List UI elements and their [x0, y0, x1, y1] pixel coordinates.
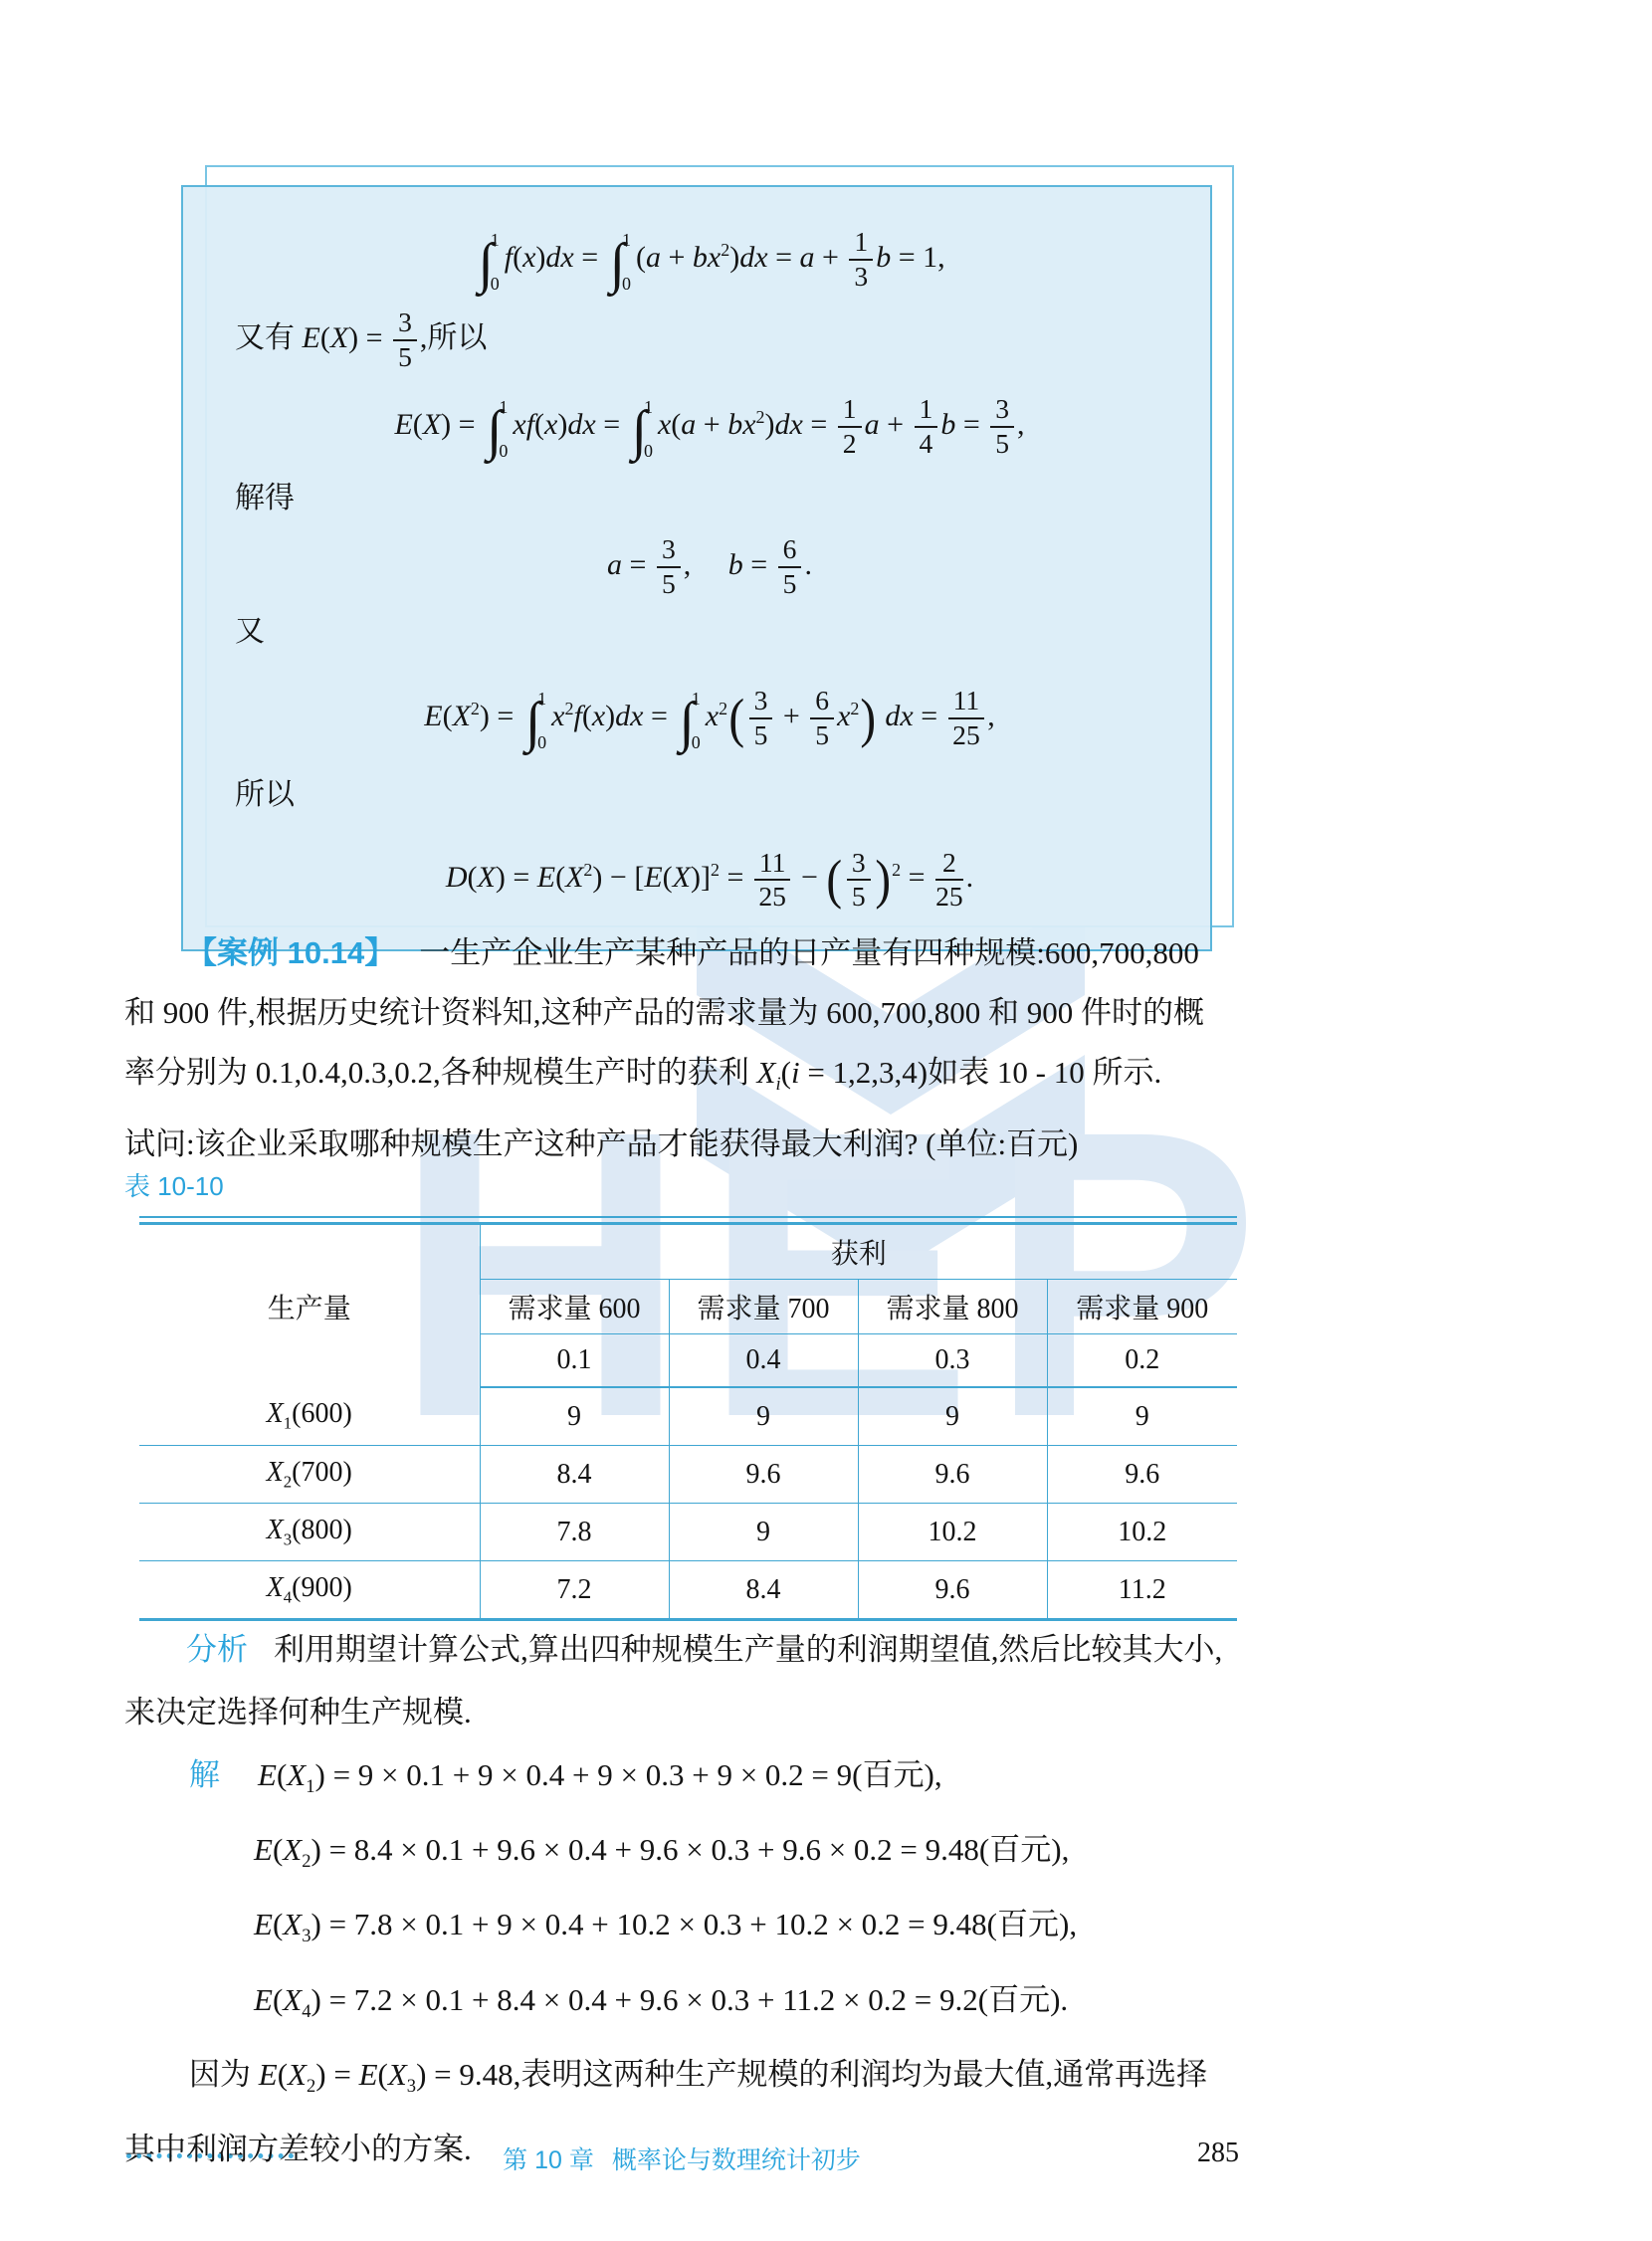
- col-header-demand-900: 需求量 900: [1047, 1280, 1237, 1334]
- label-you: 又: [235, 603, 1184, 661]
- table-row-x3: X3(800) 7.8 9 10.2 10.2: [139, 1504, 1237, 1561]
- formula-second-moment: E(X2) = ∫10x2f(x)dx = ∫10x2(35 + 65x2) d…: [235, 661, 1184, 766]
- cell-x2-600: 8.4: [480, 1446, 669, 1504]
- case-line-2: 和 900 件,根据历史统计资料知,这种产品的需求量为 600,700,800 …: [124, 983, 1239, 1043]
- cell-x3-700: 9: [669, 1504, 858, 1561]
- cell-x4-900: 11.2: [1047, 1561, 1237, 1619]
- conclusion-line-1: 因为 E(X2) = E(X3) = 9.48,表明这两种生产规模的利润均为最大…: [124, 2043, 1239, 2118]
- case-line-4: 试问:该企业采取哪种规模生产这种产品才能获得最大利润? (单位:百元): [124, 1115, 1239, 1174]
- col-header-demand-700: 需求量 700: [669, 1280, 858, 1334]
- cell-x4-800: 9.6: [858, 1561, 1047, 1619]
- table-row-x4: X4(900) 7.2 8.4 9.6 11.2: [139, 1561, 1237, 1619]
- analysis-label: 分析: [186, 1632, 248, 1667]
- prob-700: 0.4: [669, 1334, 858, 1388]
- cell-x3-800: 10.2: [858, 1504, 1047, 1561]
- derivation-box-stack: ∫10f(x)dx = ∫10(a + bx2)dx = a + 13b = 1…: [181, 185, 1212, 951]
- cell-x1-700: 9: [669, 1387, 858, 1446]
- solution-line-1: 解E(X1) = 9 × 0.1 + 9 × 0.4 + 9 × 0.3 + 9…: [124, 1743, 1239, 1818]
- col-header-demand-800: 需求量 800: [858, 1280, 1047, 1334]
- table-top-rule: [139, 1216, 1237, 1218]
- prob-600: 0.1: [480, 1334, 669, 1388]
- cell-x4-600: 7.2: [480, 1561, 669, 1619]
- corner-header: 生产量: [139, 1225, 480, 1387]
- analysis-line-1: 分析利用期望计算公式,算出四种规模生产量的利润期望值,然后比较其大小,: [124, 1618, 1239, 1681]
- analysis-line-1-text: 利用期望计算公式,算出四种规模生产量的利润期望值,然后比较其大小,: [274, 1632, 1222, 1667]
- prob-900: 0.2: [1047, 1334, 1237, 1388]
- cell-x1-600: 9: [480, 1387, 669, 1446]
- case-line-3: 率分别为 0.1,0.4,0.3,0.2,各种规模生产时的获利 Xi(i = 1…: [124, 1043, 1239, 1115]
- table-row-x2: X2(700) 8.4 9.6 9.6 9.6: [139, 1446, 1237, 1504]
- cell-x1-900: 9: [1047, 1387, 1237, 1446]
- formula-ab-solution: a = 35, b = 65.: [235, 527, 1184, 603]
- case-line-1-text: 一生产企业生产某种产品的日产量有四种规模:600,700,800: [419, 935, 1199, 970]
- cell-x4-700: 8.4: [669, 1561, 858, 1619]
- cell-x3-900: 10.2: [1047, 1504, 1237, 1561]
- label-suoyi: 所以: [235, 766, 1184, 824]
- cell-x2-800: 9.6: [858, 1446, 1047, 1504]
- row-label-x3: X3(800): [139, 1504, 480, 1561]
- case-line-1: 【案例 10.14】一生产企业生产某种产品的日产量有四种规模:600,700,8…: [124, 923, 1239, 983]
- formula-expectation: E(X) = ∫10xf(x)dx = ∫10x(a + bx2)dx = 12…: [235, 374, 1184, 470]
- analysis-paragraph: 分析利用期望计算公式,算出四种规模生产量的利润期望值,然后比较其大小, 来决定选…: [124, 1618, 1239, 1743]
- solution-ex2: E(X2) = 8.4 × 0.1 + 9.6 × 0.4 + 9.6 × 0.…: [124, 1818, 1239, 1893]
- page-content: ∫10f(x)dx = ∫10(a + bx2)dx = a + 13b = 1…: [124, 0, 1239, 2241]
- case-paragraph: 【案例 10.14】一生产企业生产某种产品的日产量有四种规模:600,700,8…: [124, 923, 1239, 1174]
- formula-normalization: ∫10f(x)dx = ∫10(a + bx2)dx = a + 13b = 1…: [235, 207, 1184, 303]
- row-label-x2: X2(700): [139, 1446, 480, 1504]
- col-header-demand-600: 需求量 600: [480, 1280, 669, 1334]
- profit-table-wrap: 生产量 获利 需求量 600 需求量 700 需求量 800 需求量 900 0…: [139, 1216, 1237, 1621]
- table-caption: 表 10-10: [124, 1166, 224, 1203]
- prob-800: 0.3: [858, 1334, 1047, 1388]
- table-row-x1: X1(600) 9 9 9 9: [139, 1387, 1237, 1446]
- cell-x3-600: 7.8: [480, 1504, 669, 1561]
- case-label: 【案例 10.14】: [186, 935, 395, 970]
- cell-x2-700: 9.6: [669, 1446, 858, 1504]
- group-header-profit: 获利: [480, 1225, 1237, 1280]
- profit-table: 生产量 获利 需求量 600 需求量 700 需求量 800 需求量 900 0…: [139, 1225, 1237, 1618]
- text-youyou-suoyi: 又有 E(X) = 35,所以: [235, 303, 1184, 374]
- solution-block: 解E(X1) = 9 × 0.1 + 9 × 0.4 + 9 × 0.3 + 9…: [124, 1743, 1239, 2180]
- label-jiede: 解得: [235, 470, 1184, 527]
- analysis-line-2: 来决定选择何种生产规模.: [124, 1681, 1239, 1743]
- textbook-page: { "colors": { "accent": "#29a3dc", "box_…: [0, 0, 1652, 2241]
- solution-ex1: E(X1) = 9 × 0.1 + 9 × 0.4 + 9 × 0.3 + 9 …: [258, 1757, 942, 1792]
- cell-x1-800: 9: [858, 1387, 1047, 1446]
- solution-ex3: E(X3) = 7.8 × 0.1 + 9 × 0.4 + 10.2 × 0.3…: [124, 1893, 1239, 1967]
- solution-ex4: E(X4) = 7.2 × 0.1 + 8.4 × 0.4 + 9.6 × 0.…: [124, 1968, 1239, 2043]
- derivation-box: ∫10f(x)dx = ∫10(a + bx2)dx = a + 13b = 1…: [181, 185, 1212, 951]
- formula-variance: D(X) = E(X2) − [E(X)]2 = 1125 − (35)2 = …: [235, 824, 1184, 923]
- cell-x2-900: 9.6: [1047, 1446, 1237, 1504]
- solution-label: 解: [189, 1757, 220, 1792]
- row-label-x1: X1(600): [139, 1387, 480, 1446]
- row-label-x4: X4(900): [139, 1561, 480, 1619]
- conclusion-line-2: 其中利润方差较小的方案.: [124, 2118, 1239, 2180]
